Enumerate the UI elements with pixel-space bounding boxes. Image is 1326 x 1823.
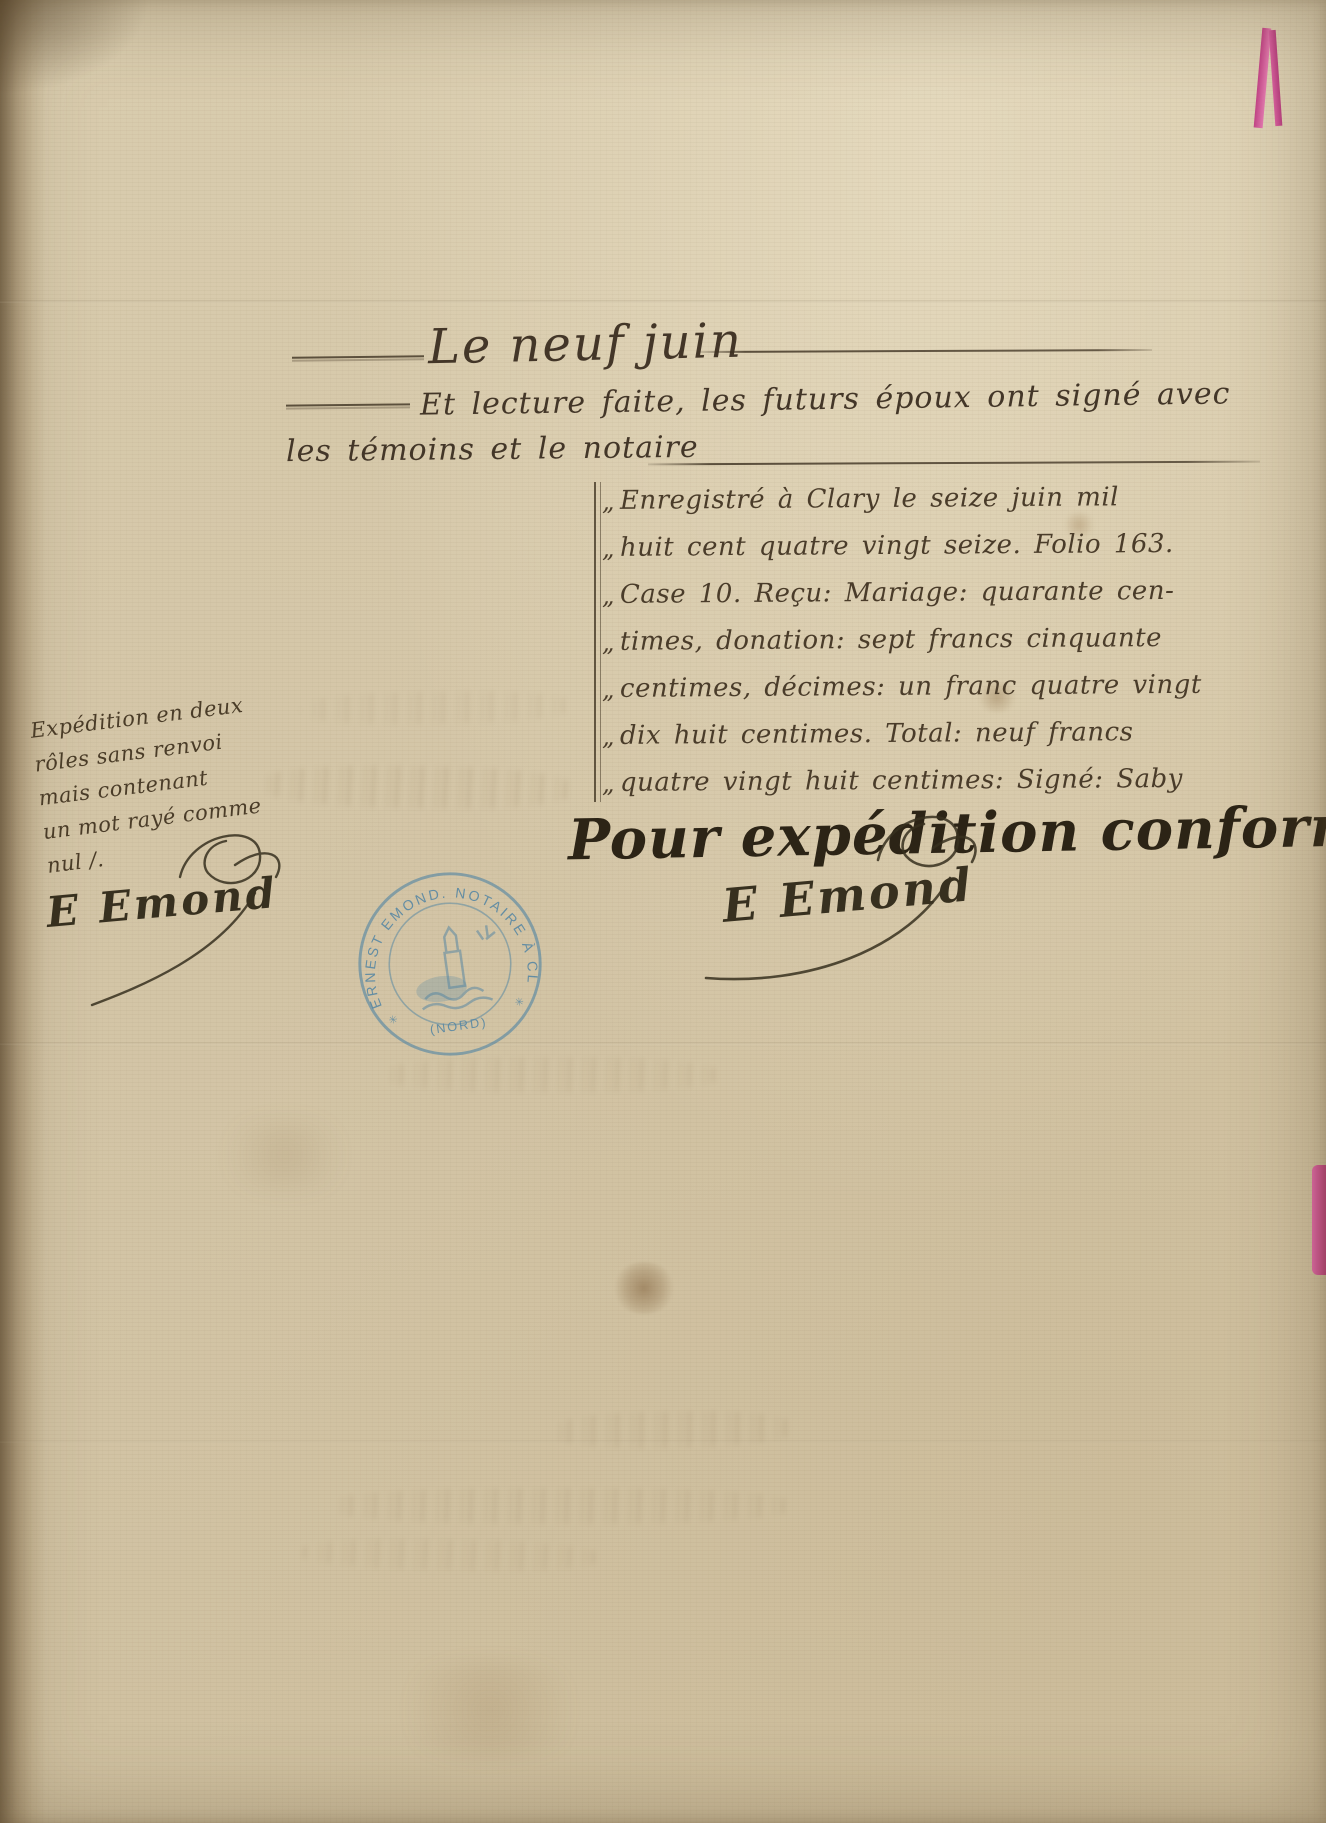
stamp-rosette-icon: ✳ [514,995,525,1009]
registration-text: Enregistré à Clary le seize juin mil [620,482,1119,515]
margin-note: Expédition en deux rôles sans renvoi mai… [28,687,267,883]
stamp-rosette-icon: ✳ [388,1013,399,1027]
quote-mark: „ [602,582,615,610]
fold-crease [0,1440,1326,1443]
corner-shadow [0,0,150,95]
binding-ribbon [1312,1165,1326,1275]
paper-stain [210,1120,360,1190]
attestation-line-2: les témoins et le notaire [286,430,699,469]
paper-stain [380,1660,600,1760]
fold-crease [0,1042,1326,1045]
registration-text: Case 10. Reçu: Mariage: quarante cen- [620,576,1175,610]
registration-line: „ Enregistré à Clary le seize juin mil [620,482,1140,533]
quote-mark: „ [602,770,615,798]
quote-mark: „ [602,535,615,563]
ink-stain [612,1262,676,1314]
bleedthrough-smudge [300,690,571,727]
rule-line [286,403,410,406]
bleedthrough-smudge [300,1537,600,1572]
registration-text: quatre vingt huit centimes: Signé: Saby [620,764,1183,798]
attestation-line-1: Et lecture faite, les futurs époux ont s… [420,376,1231,422]
bleedthrough-smudge [552,1410,793,1450]
bleedthrough-smudge [262,763,573,810]
quote-mark: „ [602,629,615,657]
rule-line [700,349,1152,353]
scanned-document-page: Le neuf juin Et lecture faite, les futur… [0,0,1326,1823]
stamp-bottom-text: (NORD) [429,1014,488,1037]
registration-line: „ huit cent quatre vingt seize. Folio 16… [620,529,1140,580]
quote-mark: „ [602,488,615,516]
rule-line [648,461,1260,466]
registration-text: dix huit centimes. Total: neuf francs [620,717,1134,751]
registration-margin-rule [594,482,601,802]
registration-text: centimes, décimes: un franc quatre vingt [620,670,1202,704]
registration-line: „ centimes, décimes: un franc quatre vin… [620,670,1140,721]
registration-text: huit cent quatre vingt seize. Folio 163. [620,529,1174,563]
fold-crease [0,300,1326,303]
bleedthrough-smudge [330,1488,790,1524]
registration-line: „ times, donation: sept francs cinquante [620,623,1140,674]
date-line: Le neuf juin [427,313,743,376]
registration-text: times, donation: sept francs cinquante [620,623,1162,657]
registration-line: „ dix huit centimes. Total: neuf francs [620,717,1140,768]
binding-ribbon [1269,30,1283,126]
notary-stamp: ERNEST EMOND. NOTAIRE À CLARY ✳ ✳ (NORD) [339,853,560,1074]
registration-line: „ Case 10. Reçu: Mariage: quarante cen- [620,576,1140,627]
binding-edge [0,0,46,1823]
registration-block: „ Enregistré à Clary le seize juin mil „… [620,484,1140,813]
rule-line [292,355,424,358]
stamp-ink-blot [415,973,469,1005]
quote-mark: „ [602,723,615,751]
quote-mark: „ [602,676,615,704]
